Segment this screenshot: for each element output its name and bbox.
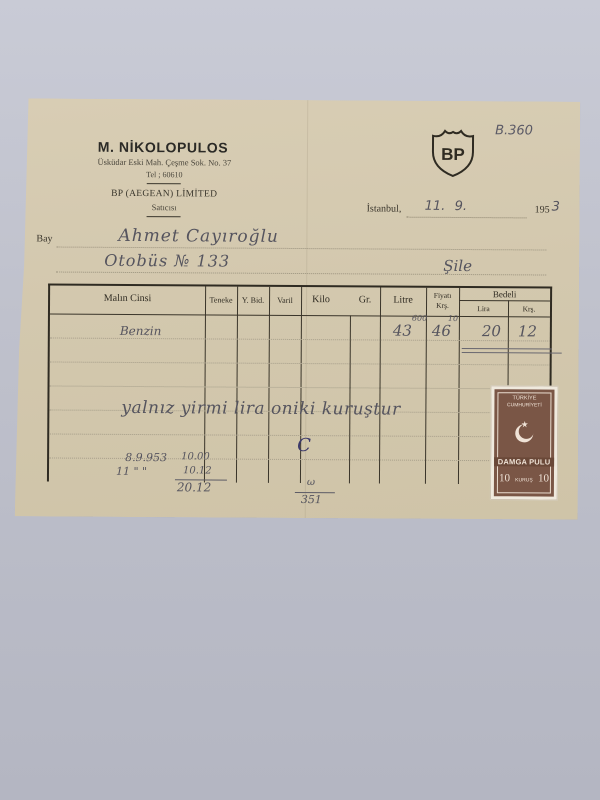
header-item: Malın Cinsi (50, 292, 205, 304)
customer-dotted-line-1 (56, 247, 546, 251)
date-year-suffix: 3 (552, 200, 560, 215)
amount-in-words: yalnız yirmi lira oniki kuruştur (121, 398, 400, 420)
customer-vehicle: Otobüs № 133 (104, 251, 230, 271)
header-bedeli-krs: Krş. (508, 304, 550, 313)
stamp-republic: CUMHURİYETİ (494, 402, 554, 408)
header-bedeli-lira: Lira (459, 304, 508, 313)
svg-text:BP: BP (441, 145, 465, 164)
header-teneke: Teneke (205, 295, 237, 304)
bedeli-subheader-divider (459, 300, 550, 302)
date-city-label: İstanbul, (367, 203, 402, 214)
header-fiyati-unit: Krş. (426, 301, 459, 310)
merchant-tel: Tel ; 60610 (57, 170, 272, 180)
date-year-prefix: 195 (535, 204, 550, 215)
cell-litre-note: 600 (412, 314, 427, 323)
bp-shield-logo-icon: BP (429, 128, 477, 178)
date-day: 11. (425, 199, 446, 214)
invoice-number: B.360 (495, 123, 533, 138)
merchant-name: M. NİKOLOPULOS (83, 139, 243, 156)
stamp-country: TÜRKİYE (494, 395, 554, 401)
header-fiyati: Fiyatı (426, 291, 459, 300)
col-divider (236, 287, 238, 483)
header-kilo: Kilo (301, 294, 341, 305)
stamp-unit: KURUŞ (494, 477, 554, 483)
bottom-ref: 351 (301, 493, 322, 506)
stamp-title: DAMGA PULU (494, 457, 554, 466)
note-line1-amount: 10.00 (181, 451, 210, 462)
customer-label: Bay (36, 233, 52, 244)
bottom-ref-top: ω (307, 477, 315, 488)
col-divider (379, 288, 381, 484)
cell-item: Benzin (120, 324, 162, 338)
merchant-address: Üsküdar Eski Mah. Çeşme Sok. No. 37 (57, 157, 272, 168)
merchant-role: Satıcısı (57, 202, 272, 213)
total-underline (462, 348, 552, 350)
note-total: 20.12 (177, 480, 211, 494)
header-divider (147, 183, 181, 184)
receipt-paper: M. NİKOLOPULOS Üsküdar Eski Mah. Çeşme S… (15, 98, 581, 519)
header-divider-bottom (147, 216, 181, 217)
col-divider (268, 287, 270, 483)
header-bedeli: Bedeli (459, 289, 550, 300)
cell-price: 46 (432, 322, 451, 340)
date-dotted-line (407, 217, 527, 219)
note-line1-date: 8.9.953 (125, 451, 167, 464)
header-y-bid: Y. Bid. (237, 296, 269, 305)
header-litre: Litre (380, 295, 426, 306)
cell-krs: 12 (518, 322, 537, 340)
col-divider (458, 288, 460, 484)
header-varil: Varil (269, 296, 301, 305)
pen-mark: C (297, 435, 311, 456)
customer-name: Ahmet Cayıroğlu (118, 226, 279, 247)
note-line2-amount: 10.12 (183, 465, 212, 476)
cell-litre: 43 (393, 322, 412, 340)
merchant-company: BP (AEGEAN) LİMİTED (57, 189, 272, 200)
date-month: 9. (455, 199, 467, 214)
note-line2-date: 11 " " (116, 465, 147, 478)
customer-dotted-line-2 (56, 272, 546, 276)
customer-city: Şile (443, 257, 472, 275)
cell-lira: 20 (482, 322, 501, 340)
revenue-stamp: TÜRKİYE CUMHURİYETİ DAMGA PULU 10 10 KUR… (491, 386, 558, 499)
cell-price-note: 10 (448, 314, 458, 323)
items-table: Malın Cinsi Teneke Y. Bid. Varil Kilo Gr… (47, 283, 552, 484)
total-underline-2 (462, 352, 562, 354)
header-gr: Gr. (348, 294, 382, 305)
crescent-star-icon (511, 419, 537, 445)
